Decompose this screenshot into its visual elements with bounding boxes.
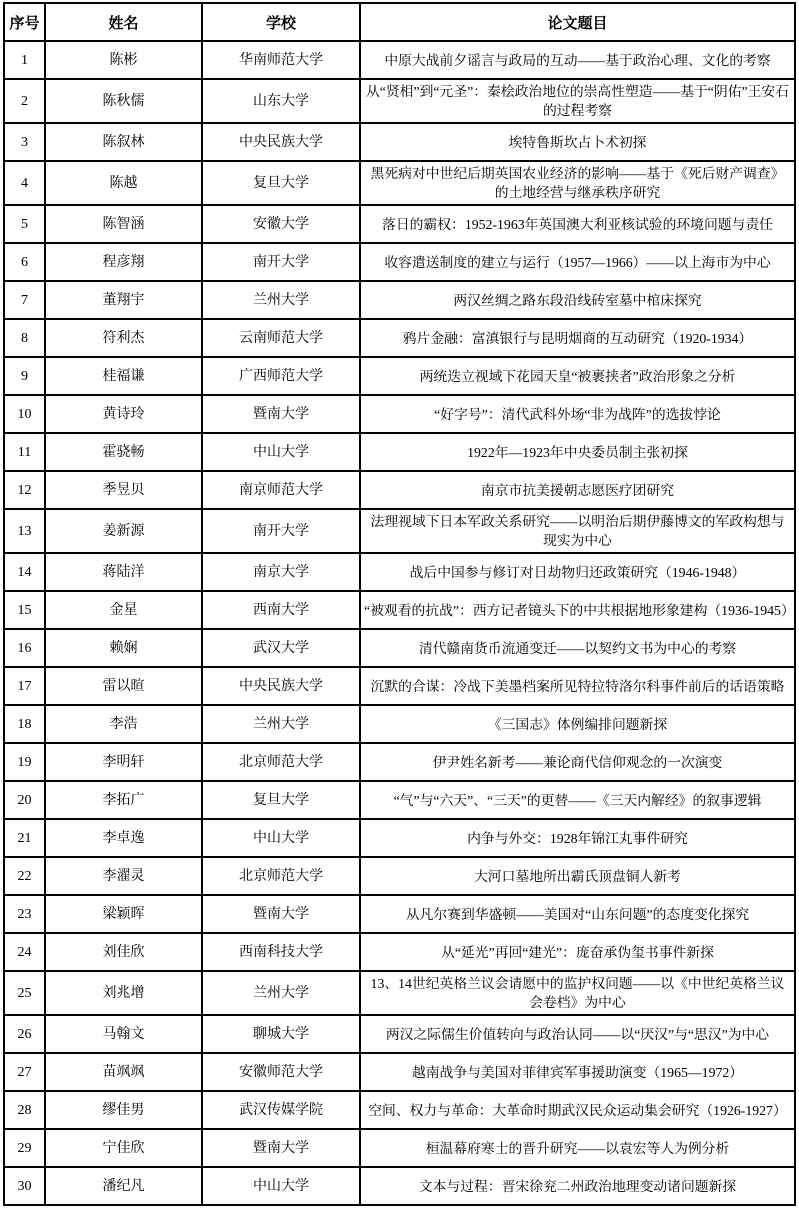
school-cell: 广西师范大学 (202, 357, 360, 395)
title-cell: 南京市抗美援朝志愿医疗团研究 (360, 471, 795, 509)
name-cell: 李濯灵 (45, 857, 202, 895)
table-row: 27 苗飒飒 安徽师范大学 越南战争与美国对菲律宾军事援助演变（1965—197… (4, 1053, 795, 1091)
title-cell: 1922年—1923年中央委员制主张初探 (360, 433, 795, 471)
table-row: 17 雷以暄 中央民族大学 沉默的合谋：冷战下美墨档案所见特拉特洛尔科事件前后的… (4, 667, 795, 705)
school-cell: 山东大学 (202, 79, 360, 123)
table-row: 19 李明轩 北京师范大学 伊尹姓名新考——兼论商代信仰观念的一次演变 (4, 743, 795, 781)
school-cell: 北京师范大学 (202, 743, 360, 781)
table-row: 4 陈越 复旦大学 黑死病对中世纪后期英国农业经济的影响——基于《死后财产调查》… (4, 161, 795, 205)
number-cell: 11 (4, 433, 45, 471)
school-cell: 南开大学 (202, 509, 360, 553)
table-row: 22 李濯灵 北京师范大学 大河口墓地所出霸氏顶盘铜人新考 (4, 857, 795, 895)
table-row: 20 李拓广 复旦大学 “气”与“六天”、“三天”的更替——《三天内解经》的叙事… (4, 781, 795, 819)
title-cell: “被观看的抗战”：西方记者镜头下的中共根据地形象建构（1936-1945） (360, 591, 795, 629)
title-cell: 文本与过程：晋宋徐兖二州政治地理变动诸问题新探 (360, 1167, 795, 1205)
title-cell: 大河口墓地所出霸氏顶盘铜人新考 (360, 857, 795, 895)
school-cell: 武汉传媒学院 (202, 1091, 360, 1129)
number-cell: 13 (4, 509, 45, 553)
table-row: 6 程彦翔 南开大学 收容遣送制度的建立与运行（1957—1966）——以上海市… (4, 243, 795, 281)
title-cell: 埃特鲁斯坎占卜术初探 (360, 123, 795, 161)
school-cell: 中山大学 (202, 819, 360, 857)
number-cell: 27 (4, 1053, 45, 1091)
table-body: 1 陈彬 华南师范大学 中原大战前夕谣言与政局的互动——基于政治心理、文化的考察… (4, 41, 795, 1205)
number-cell: 23 (4, 895, 45, 933)
number-cell: 29 (4, 1129, 45, 1167)
number-cell: 1 (4, 41, 45, 79)
table-row: 1 陈彬 华南师范大学 中原大战前夕谣言与政局的互动——基于政治心理、文化的考察 (4, 41, 795, 79)
name-cell: 潘纪凡 (45, 1167, 202, 1205)
school-cell: 华南师范大学 (202, 41, 360, 79)
col-header-number: 序号 (4, 3, 45, 41)
school-cell: 兰州大学 (202, 281, 360, 319)
table-row: 12 季昱贝 南京师范大学 南京市抗美援朝志愿医疗团研究 (4, 471, 795, 509)
name-cell: 桂福谦 (45, 357, 202, 395)
number-cell: 12 (4, 471, 45, 509)
table-row: 9 桂福谦 广西师范大学 两统迭立视域下花园天皇“被裹挟者”政治形象之分析 (4, 357, 795, 395)
title-cell: 中原大战前夕谣言与政局的互动——基于政治心理、文化的考察 (360, 41, 795, 79)
number-cell: 30 (4, 1167, 45, 1205)
name-cell: 霍骁畅 (45, 433, 202, 471)
name-cell: 符利杰 (45, 319, 202, 357)
number-cell: 18 (4, 705, 45, 743)
papers-table: 序号 姓名 学校 论文题目 1 陈彬 华南师范大学 中原大战前夕谣言与政局的互动… (3, 2, 796, 1206)
table-row: 5 陈智涵 安徽大学 落日的霸权：1952-1963年英国澳大利亚核试验的环境问… (4, 205, 795, 243)
title-cell: “好字号”：清代武科外场“非为战阵”的选拔悖论 (360, 395, 795, 433)
document-page: 序号 姓名 学校 论文题目 1 陈彬 华南师范大学 中原大战前夕谣言与政局的互动… (0, 0, 799, 1226)
table-header: 序号 姓名 学校 论文题目 (4, 3, 795, 41)
title-cell: 战后中国参与修订对日劫物归还政策研究（1946-1948） (360, 553, 795, 591)
school-cell: 复旦大学 (202, 161, 360, 205)
school-cell: 南京大学 (202, 553, 360, 591)
number-cell: 28 (4, 1091, 45, 1129)
table-row: 11 霍骁畅 中山大学 1922年—1923年中央委员制主张初探 (4, 433, 795, 471)
number-cell: 10 (4, 395, 45, 433)
number-cell: 4 (4, 161, 45, 205)
title-cell: 从“延光”再回“建光”：庞奋承伪玺书事件新探 (360, 933, 795, 971)
name-cell: 季昱贝 (45, 471, 202, 509)
table-row: 15 金星 西南大学 “被观看的抗战”：西方记者镜头下的中共根据地形象建构（19… (4, 591, 795, 629)
title-cell: 收容遣送制度的建立与运行（1957—1966）——以上海市为中心 (360, 243, 795, 281)
school-cell: 南开大学 (202, 243, 360, 281)
name-cell: 陈智涵 (45, 205, 202, 243)
title-cell: 两汉丝绸之路东段沿线砖室墓中棺床探究 (360, 281, 795, 319)
number-cell: 16 (4, 629, 45, 667)
school-cell: 西南大学 (202, 591, 360, 629)
name-cell: 缪佳男 (45, 1091, 202, 1129)
name-cell: 宁佳欣 (45, 1129, 202, 1167)
title-cell: “气”与“六天”、“三天”的更替——《三天内解经》的叙事逻辑 (360, 781, 795, 819)
school-cell: 中央民族大学 (202, 123, 360, 161)
table-row: 28 缪佳男 武汉传媒学院 空间、权力与革命：大革命时期武汉民众运动集会研究（1… (4, 1091, 795, 1129)
number-cell: 24 (4, 933, 45, 971)
name-cell: 董翔宇 (45, 281, 202, 319)
table-row: 21 李卓逸 中山大学 内争与外交：1928年锦江丸事件研究 (4, 819, 795, 857)
title-cell: 桓温幕府寒士的晋升研究——以袁宏等人为例分析 (360, 1129, 795, 1167)
col-header-school: 学校 (202, 3, 360, 41)
name-cell: 蒋陆洋 (45, 553, 202, 591)
name-cell: 李拓广 (45, 781, 202, 819)
number-cell: 25 (4, 971, 45, 1015)
name-cell: 梁颖晖 (45, 895, 202, 933)
number-cell: 20 (4, 781, 45, 819)
table-row: 29 宁佳欣 暨南大学 桓温幕府寒士的晋升研究——以袁宏等人为例分析 (4, 1129, 795, 1167)
number-cell: 15 (4, 591, 45, 629)
name-cell: 李卓逸 (45, 819, 202, 857)
title-cell: 伊尹姓名新考——兼论商代信仰观念的一次演变 (360, 743, 795, 781)
number-cell: 5 (4, 205, 45, 243)
title-cell: 13、14世纪英格兰议会请愿中的监护权问题——以《中世纪英格兰议会卷档》为中心 (360, 971, 795, 1015)
table-row: 23 梁颖晖 暨南大学 从凡尔赛到华盛顿——美国对“山东问题”的态度变化探究 (4, 895, 795, 933)
name-cell: 程彦翔 (45, 243, 202, 281)
name-cell: 李明轩 (45, 743, 202, 781)
school-cell: 暨南大学 (202, 395, 360, 433)
title-cell: 鸦片金融：富滇银行与昆明烟商的互动研究（1920-1934） (360, 319, 795, 357)
title-cell: 两汉之际儒生价值转向与政治认同——以“厌汉”与“思汉”为中心 (360, 1015, 795, 1053)
school-cell: 武汉大学 (202, 629, 360, 667)
number-cell: 26 (4, 1015, 45, 1053)
number-cell: 14 (4, 553, 45, 591)
school-cell: 暨南大学 (202, 895, 360, 933)
school-cell: 中山大学 (202, 1167, 360, 1205)
number-cell: 7 (4, 281, 45, 319)
col-header-title: 论文题目 (360, 3, 795, 41)
school-cell: 西南科技大学 (202, 933, 360, 971)
number-cell: 2 (4, 79, 45, 123)
school-cell: 北京师范大学 (202, 857, 360, 895)
name-cell: 黄诗玲 (45, 395, 202, 433)
title-cell: 越南战争与美国对菲律宾军事援助演变（1965—1972） (360, 1053, 795, 1091)
number-cell: 17 (4, 667, 45, 705)
name-cell: 陈越 (45, 161, 202, 205)
title-cell: 清代赣南货币流通变迁——以契约文书为中心的考察 (360, 629, 795, 667)
school-cell: 安徽师范大学 (202, 1053, 360, 1091)
table-row: 18 李浩 兰州大学 《三国志》体例编排问题新探 (4, 705, 795, 743)
title-cell: 从“贤相”到“元圣”：秦桧政治地位的崇高性塑造——基于“阴佑”王安石的过程考察 (360, 79, 795, 123)
school-cell: 聊城大学 (202, 1015, 360, 1053)
title-cell: 《三国志》体例编排问题新探 (360, 705, 795, 743)
table-row: 14 蒋陆洋 南京大学 战后中国参与修订对日劫物归还政策研究（1946-1948… (4, 553, 795, 591)
table-row: 16 赖娴 武汉大学 清代赣南货币流通变迁——以契约文书为中心的考察 (4, 629, 795, 667)
school-cell: 中山大学 (202, 433, 360, 471)
name-cell: 雷以暄 (45, 667, 202, 705)
name-cell: 赖娴 (45, 629, 202, 667)
title-cell: 落日的霸权：1952-1963年英国澳大利亚核试验的环境问题与责任 (360, 205, 795, 243)
school-cell: 兰州大学 (202, 971, 360, 1015)
name-cell: 陈彬 (45, 41, 202, 79)
name-cell: 金星 (45, 591, 202, 629)
col-header-name: 姓名 (45, 3, 202, 41)
number-cell: 3 (4, 123, 45, 161)
title-cell: 两统迭立视域下花园天皇“被裹挟者”政治形象之分析 (360, 357, 795, 395)
school-cell: 南京师范大学 (202, 471, 360, 509)
table-row: 8 符利杰 云南师范大学 鸦片金融：富滇银行与昆明烟商的互动研究（1920-19… (4, 319, 795, 357)
school-cell: 兰州大学 (202, 705, 360, 743)
table-row: 13 姜新源 南开大学 法理视域下日本军政关系研究——以明治后期伊藤博文的军政构… (4, 509, 795, 553)
school-cell: 安徽大学 (202, 205, 360, 243)
school-cell: 中央民族大学 (202, 667, 360, 705)
number-cell: 21 (4, 819, 45, 857)
title-cell: 沉默的合谋：冷战下美墨档案所见特拉特洛尔科事件前后的话语策略 (360, 667, 795, 705)
title-cell: 从凡尔赛到华盛顿——美国对“山东问题”的态度变化探究 (360, 895, 795, 933)
name-cell: 马翰文 (45, 1015, 202, 1053)
number-cell: 6 (4, 243, 45, 281)
header-row: 序号 姓名 学校 论文题目 (4, 3, 795, 41)
table-row: 3 陈叙林 中央民族大学 埃特鲁斯坎占卜术初探 (4, 123, 795, 161)
name-cell: 姜新源 (45, 509, 202, 553)
name-cell: 刘佳欣 (45, 933, 202, 971)
title-cell: 法理视域下日本军政关系研究——以明治后期伊藤博文的军政构想与现实为中心 (360, 509, 795, 553)
table-row: 7 董翔宇 兰州大学 两汉丝绸之路东段沿线砖室墓中棺床探究 (4, 281, 795, 319)
table-row: 10 黄诗玲 暨南大学 “好字号”：清代武科外场“非为战阵”的选拔悖论 (4, 395, 795, 433)
name-cell: 陈秋儒 (45, 79, 202, 123)
table-row: 25 刘兆增 兰州大学 13、14世纪英格兰议会请愿中的监护权问题——以《中世纪… (4, 971, 795, 1015)
table-row: 30 潘纪凡 中山大学 文本与过程：晋宋徐兖二州政治地理变动诸问题新探 (4, 1167, 795, 1205)
name-cell: 陈叙林 (45, 123, 202, 161)
school-cell: 复旦大学 (202, 781, 360, 819)
number-cell: 19 (4, 743, 45, 781)
number-cell: 8 (4, 319, 45, 357)
number-cell: 9 (4, 357, 45, 395)
school-cell: 云南师范大学 (202, 319, 360, 357)
table-row: 26 马翰文 聊城大学 两汉之际儒生价值转向与政治认同——以“厌汉”与“思汉”为… (4, 1015, 795, 1053)
title-cell: 黑死病对中世纪后期英国农业经济的影响——基于《死后财产调查》的土地经营与继承秩序… (360, 161, 795, 205)
table-row: 24 刘佳欣 西南科技大学 从“延光”再回“建光”：庞奋承伪玺书事件新探 (4, 933, 795, 971)
name-cell: 苗飒飒 (45, 1053, 202, 1091)
number-cell: 22 (4, 857, 45, 895)
name-cell: 刘兆增 (45, 971, 202, 1015)
title-cell: 空间、权力与革命：大革命时期武汉民众运动集会研究（1926-1927） (360, 1091, 795, 1129)
table-row: 2 陈秋儒 山东大学 从“贤相”到“元圣”：秦桧政治地位的崇高性塑造——基于“阴… (4, 79, 795, 123)
school-cell: 暨南大学 (202, 1129, 360, 1167)
name-cell: 李浩 (45, 705, 202, 743)
title-cell: 内争与外交：1928年锦江丸事件研究 (360, 819, 795, 857)
